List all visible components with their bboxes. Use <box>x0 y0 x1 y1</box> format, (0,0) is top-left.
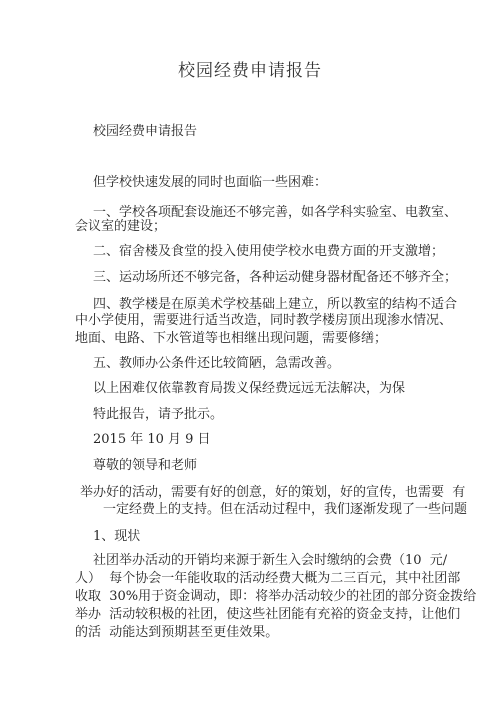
paragraph-line: 二、宿舍楼及食堂的投入使用使学校水电费方面的开支激增； <box>93 244 444 260</box>
paragraph-line: 以上困难仅依靠教育局拨义保经费远远无法解决，为保 <box>93 381 405 397</box>
paragraph-line: 但学校快速发展的同时也面临一些困难： <box>93 175 327 191</box>
paragraph-line: 五、教师办公条件还比较简陋，急需改善。 <box>93 356 340 372</box>
paragraph-line: 特此报告，请予批示。 <box>93 407 223 423</box>
paragraph-line: 人） 每个协会一年能收取的活动经费大概为二三百元，其中社团部 <box>75 571 460 587</box>
paragraph-line: 1、现状 <box>93 529 140 545</box>
paragraph-line: 收取 30%用于资金调动，即：将举办活动较少的社团的部分资金拨给 <box>75 589 476 605</box>
paragraph-line: 三、运动场所还不够完备，各种运动健身器材配备还不够齐全； <box>93 270 457 286</box>
paragraph-line: 社团举办活动的开销均来源于新生入会时缴纳的会费（10 元/ <box>93 553 447 569</box>
paragraph-line: 校园经费申请报告 <box>93 124 197 140</box>
document-title: 校园经费申请报告 <box>0 56 500 81</box>
paragraph-line: 四、教学楼是在原美术学校基础上建立，所以教室的结构不适合 <box>93 297 457 313</box>
paragraph-line: 的活 动能达到预期甚至更佳效果。 <box>75 625 278 641</box>
paragraph-line: 举办好的活动，需要有好的创意，好的策划，好的宣传，也需要 有 <box>80 485 465 501</box>
paragraph-line: 一定经费上的支持。但在活动过程中，我们逐渐发现了一些问题 <box>103 502 467 518</box>
paragraph-line: 尊敬的领导和老师 <box>93 458 197 474</box>
paragraph-line: 会议室的建设； <box>75 219 166 235</box>
paragraph-line: 地面、电路、下水管道等也相继出现问题，需要修缮； <box>75 331 387 347</box>
paragraph-line: 举办 活动较积极的社团，使这些社团能有充裕的资金支持，让他们 <box>75 607 460 623</box>
paragraph-line: 2015 年 10 月 9 日 <box>93 432 211 448</box>
paragraph-line: 中小学使用，需要进行适当改造，同时教学楼房顶出现渗水情况、 <box>75 313 452 329</box>
